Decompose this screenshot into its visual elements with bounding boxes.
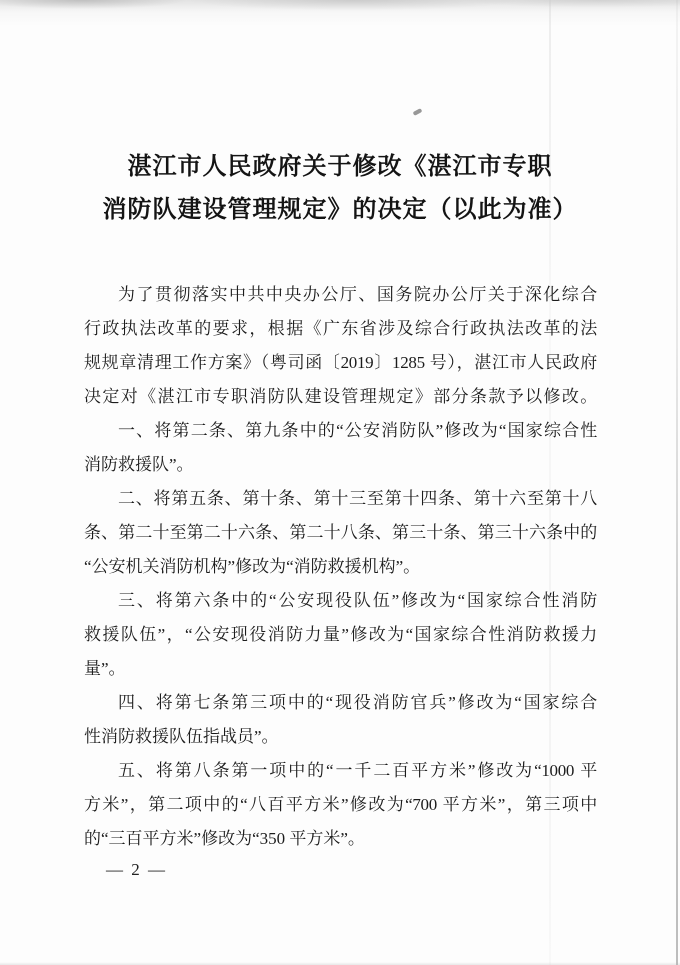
body-line: 的“三百平方米”修改为“350 平方米”。 [84, 822, 597, 856]
body-line: 性消防救援队伍指战员”。 [84, 720, 597, 754]
body-line: 一、将第二条、第九条中的“公安消防队”修改为“国家综合性 [84, 414, 597, 448]
body-line: 五、将第八条第一项中的“一千二百平方米”修改为“1000 平 [84, 754, 597, 788]
page-edge-right [676, 0, 678, 965]
body-line: 救援队伍”，“公安现役消防力量”修改为“国家综合性消防救援力 [84, 618, 597, 652]
body-line: 为了贯彻落实中共中央办公厅、国务院办公厅关于深化综合 [84, 278, 597, 312]
scan-shadow-top [0, 0, 680, 26]
body-line: 行政执法改革的要求，根据《广东省涉及综合行政执法改革的法 [84, 312, 597, 346]
body-line: 三、将第六条中的“公安现役队伍”修改为“国家综合性消防 [84, 584, 597, 618]
body-line: 决定对《湛江市专职消防队建设管理规定》部分条款予以修改。 [84, 380, 597, 414]
ink-speck [413, 108, 423, 116]
body-line: 四、将第七条第三项中的“现役消防官兵”修改为“国家综合 [84, 686, 597, 720]
document-body: 为了贯彻落实中共中央办公厅、国务院办公厅关于深化综合行政执法改革的要求，根据《广… [84, 278, 597, 856]
document-title-line-2: 消防队建设管理规定》的决定（以此为准） [0, 189, 680, 232]
page-number: — 2 — [106, 853, 167, 887]
body-line: 条、第二十至第二十六条、第二十八条、第三十条、第三十六条中的 [84, 516, 597, 550]
body-line: 二、将第五条、第十条、第十三至第十四条、第十六至第十八 [84, 482, 597, 516]
body-line: “公安机关消防机构”修改为“消防救援机构”。 [84, 550, 597, 584]
body-line: 方米”，第二项中的“八百平方米”修改为“700 平方米”，第三项中 [84, 788, 597, 822]
document-title: 湛江市人民政府关于修改《湛江市专职 消防队建设管理规定》的决定（以此为准） [0, 146, 680, 232]
body-line: 规规章清理工作方案》（粤司函〔2019〕1285 号），湛江市人民政府 [84, 346, 597, 380]
body-line: 量”。 [84, 652, 597, 686]
scanned-document-page: 湛江市人民政府关于修改《湛江市专职 消防队建设管理规定》的决定（以此为准） 为了… [0, 0, 680, 965]
document-title-line-1: 湛江市人民政府关于修改《湛江市专职 [0, 146, 680, 189]
body-line: 消防救援队”。 [84, 448, 597, 482]
